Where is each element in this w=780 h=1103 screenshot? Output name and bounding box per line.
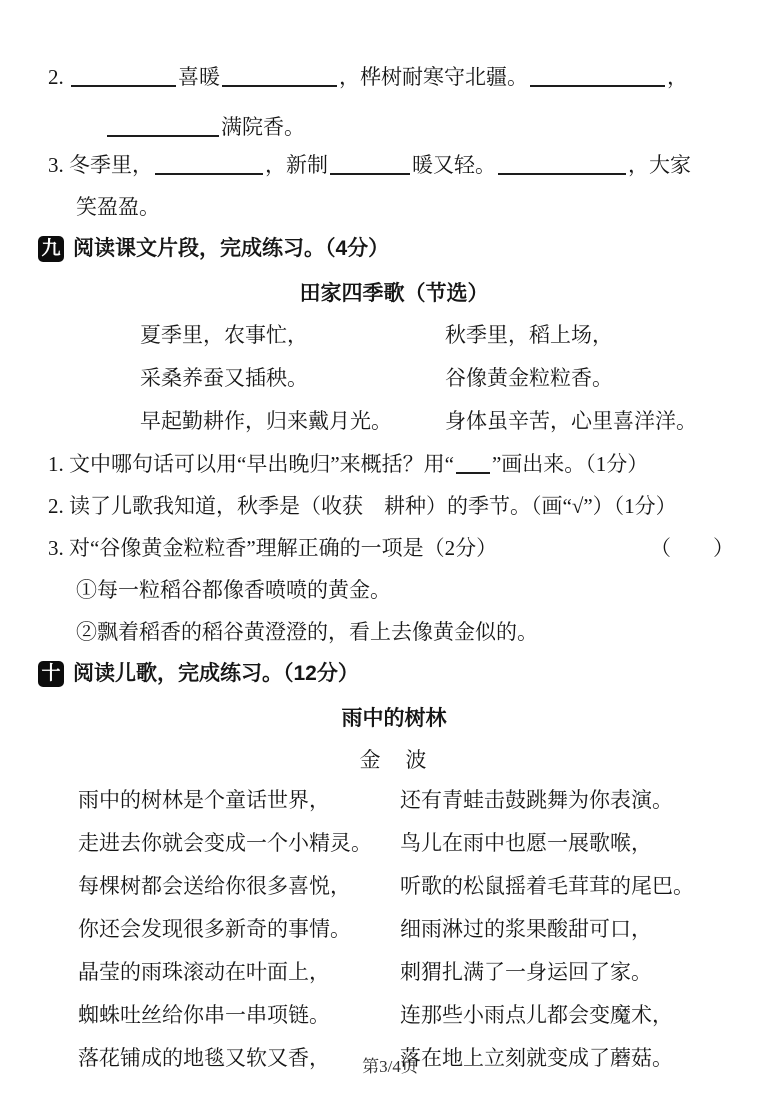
- section-9-badge: 九: [38, 236, 64, 262]
- section-9-heading: 九 阅读课文片段，完成练习。（4分）: [38, 234, 740, 264]
- blank-line: [498, 153, 626, 175]
- question-text: ”画出来。（1分）: [492, 452, 648, 476]
- section-9-question-3: 3. 对“谷像黄金粒粒香”理解正确的一项是（2分） （ ）: [48, 533, 740, 563]
- poem-1-title: 田家四季歌（节选）: [48, 278, 740, 308]
- blank-line: [456, 452, 490, 474]
- answer-bracket: （ ）: [650, 533, 734, 563]
- section-9-title: 阅读课文片段，完成练习。（4分）: [73, 234, 389, 264]
- fill-question-2-line-2: 满院香。: [48, 112, 740, 142]
- poem-2-left-column: 雨中的树林是个童话世界， 走进去你就会变成一个小精灵。 每棵树都会送给你很多喜悦…: [78, 785, 400, 1086]
- poem-line: 刺猬扎满了一身运回了家。: [400, 957, 694, 987]
- section-9-question-1: 1. 文中哪句话可以用“早出晚归”来概括？用“”画出来。（1分）: [48, 449, 740, 479]
- poem-line: 夏季里，农事忙，: [140, 320, 445, 350]
- blank-line: [530, 65, 665, 87]
- poem-line: 听歌的松鼠摇着毛茸茸的尾巴。: [400, 871, 694, 901]
- blank-line: [222, 65, 337, 87]
- poem-line: 蜘蛛吐丝给你串一串项链。: [78, 1000, 400, 1030]
- poem-line: 早起勤耕作，归来戴月光。: [140, 406, 445, 436]
- question-text: 1. 文中哪句话可以用“早出晚归”来概括？用“: [48, 452, 454, 476]
- poem-1-columns: 夏季里，农事忙， 采桑养蚕又插秧。 早起勤耕作，归来戴月光。 秋季里，稻上场， …: [48, 320, 740, 449]
- question-text: 冬季里，: [69, 153, 153, 177]
- worksheet-page: 2. 喜暖，桦树耐寒守北疆。， 满院香。 3. 冬季里，，新制暖又轻。，大家 笑…: [0, 0, 780, 1103]
- fill-question-2-line-1: 2. 喜暖，桦树耐寒守北疆。，: [48, 62, 740, 92]
- question-text: 满院香。: [221, 115, 305, 139]
- poem-2-columns: 雨中的树林是个童话世界， 走进去你就会变成一个小精灵。 每棵树都会送给你很多喜悦…: [48, 785, 740, 1086]
- option-2: ②飘着稻香的稻谷黄澄澄的，看上去像黄金似的。: [48, 617, 740, 647]
- poem-1-right-column: 秋季里，稻上场， 谷像黄金粒粒香。 身体虽辛苦，心里喜洋洋。: [445, 320, 697, 449]
- blank-line: [155, 153, 263, 175]
- poem-2-title: 雨中的树林: [48, 703, 740, 733]
- blank-line: [107, 115, 219, 137]
- question-text: 暖又轻。: [412, 153, 496, 177]
- question-number: 2.: [48, 65, 64, 89]
- page-footer: 第3/4页: [0, 1052, 780, 1077]
- poem-line: 身体虽辛苦，心里喜洋洋。: [445, 406, 697, 436]
- poem-line: 采桑养蚕又插秧。: [140, 363, 445, 393]
- poem-line: 谷像黄金粒粒香。: [445, 363, 697, 393]
- poem-line: 每棵树都会送给你很多喜悦，: [78, 871, 400, 901]
- poem-2-author: 金 波: [48, 745, 740, 775]
- poem-line: 走进去你就会变成一个小精灵。: [78, 828, 400, 858]
- section-10-badge: 十: [38, 661, 64, 687]
- poem-line: 鸟儿在雨中也愿一展歌喉，: [400, 828, 694, 858]
- poem-line: 晶莹的雨珠滚动在叶面上，: [78, 957, 400, 987]
- fill-question-3-line-1: 3. 冬季里，，新制暖又轻。，大家: [48, 150, 740, 180]
- question-text: ，新制: [265, 153, 328, 177]
- poem-line: 你还会发现很多新奇的事情。: [78, 914, 400, 944]
- blank-line: [71, 65, 176, 87]
- blank-line: [330, 153, 410, 175]
- question-number: 3.: [48, 153, 64, 177]
- section-10-heading: 十 阅读儿歌，完成练习。（12分）: [38, 659, 740, 689]
- poem-line: 细雨淋过的浆果酸甜可口，: [400, 914, 694, 944]
- poem-line: 连那些小雨点儿都会变魔术，: [400, 1000, 694, 1030]
- poem-1-left-column: 夏季里，农事忙， 采桑养蚕又插秧。 早起勤耕作，归来戴月光。: [140, 320, 445, 449]
- option-1: ①每一粒稻谷都像香喷喷的黄金。: [48, 575, 740, 605]
- question-text: ，桦树耐寒守北疆。: [339, 65, 528, 89]
- question-text: 3. 对“谷像黄金粒粒香”理解正确的一项是（2分）: [48, 533, 497, 563]
- poem-line: 还有青蛙击鼓跳舞为你表演。: [400, 785, 694, 815]
- question-text: ，: [667, 65, 688, 89]
- question-text: ，大家: [628, 153, 691, 177]
- poem-line: 秋季里，稻上场，: [445, 320, 697, 350]
- section-10-title: 阅读儿歌，完成练习。（12分）: [73, 659, 359, 689]
- question-text: 喜暖: [178, 65, 220, 89]
- poem-line: 雨中的树林是个童话世界，: [78, 785, 400, 815]
- question-text: 笑盈盈。: [76, 195, 160, 219]
- fill-question-3-line-2: 笑盈盈。: [48, 192, 740, 222]
- section-9-question-2: 2. 读了儿歌我知道，秋季是（收获 耕种）的季节。（画“√”）（1分）: [48, 491, 740, 521]
- poem-2-right-column: 还有青蛙击鼓跳舞为你表演。 鸟儿在雨中也愿一展歌喉， 听歌的松鼠摇着毛茸茸的尾巴…: [400, 785, 694, 1086]
